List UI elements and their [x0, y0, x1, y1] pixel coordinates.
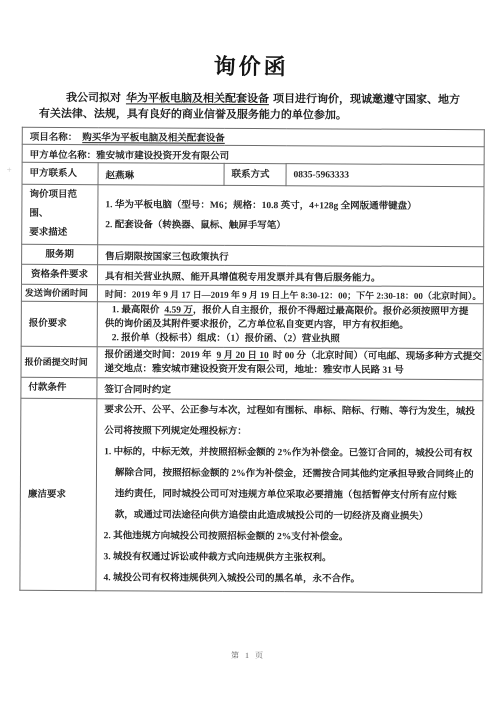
service-period-value: 售后期限按国家三包政策执行 [98, 245, 484, 267]
project-name-label: 项目名称： [30, 133, 78, 143]
table-row-quote-req: 报价要求 1. 最高限价4.59 万，报价人自主报价，报价不得超过最高限价。报价… [21, 301, 483, 348]
table-row-service-period: 服务期 售后期限按国家三包政策执行 [22, 244, 484, 266]
submit-time-label: 报价函提交时间 [21, 346, 97, 377]
integrity-label: 廉洁要求 [20, 398, 97, 590]
table-row-integrity: 廉洁要求 要求公开、公平、公正参与本次，过程如有围标、串标、陪标、行贿、等行为发… [20, 398, 483, 592]
submit-time-content: 报价函递交时间：2019 年9 月 20 日 10时 00 分（北京时间）（可电… [97, 347, 483, 380]
scope-content: 1. 华为平板电脑（型号：M6；规格：10.8 英寸，4+128g 全网版通带键… [98, 185, 484, 247]
party-a-unit-label: 甲方单位名称： [30, 150, 97, 160]
integrity-intro: 要求公开、公平、公正参与本次，过程如有围标、串标、陪标、行贿、等行为发生，城投公… [104, 400, 475, 444]
scope-label: 询价项目范围、要求描述 [22, 184, 98, 244]
quote-req-item-2: 2. 报价单（投标书）组成：（1）报价函、（2）营业执照 [105, 331, 476, 347]
submit-date-underlined: 9 月 20 日 10 [216, 351, 268, 361]
document-page: 询价函 我公司拟对华为平板电脑及相关配套设备项目进行询价，现诚邀遵守国家、地方 … [0, 0, 500, 707]
scope-label-line2: 要求描述 [29, 228, 67, 238]
page-number: 第 1 页 [0, 649, 498, 663]
quote-req-label: 报价要求 [21, 301, 97, 346]
contact-phone-label: 联系方式 [224, 163, 286, 185]
payment-value: 签订合同时约定 [97, 378, 483, 401]
document-title: 询价函 [1, 49, 500, 83]
project-name-value: 购买华为平板电脑及相关配套设备 [82, 133, 225, 144]
project-name-underlined: 华为平板电脑及相关配套设备 [126, 92, 269, 105]
qualification-label: 资格条件要求 [21, 264, 97, 284]
intro-line-2: 有关法律、法规，具有良好的商业信誉及服务能力的单位参加。 [39, 106, 487, 124]
integrity-item-3: 3. 城投有权通过诉讼或仲裁方式向违规供方主张权利。 [104, 547, 475, 570]
quote-req-price-underlined: 4.59 万 [164, 306, 193, 316]
quote-req-item-1: 1. 最高限价4.59 万，报价人自主报价，报价不得超过最高限价。报价必须按照甲… [105, 303, 476, 333]
quote-req-item1-prefix: 1. 最高限价 [112, 305, 160, 315]
scope-item-2: 2. 配套设备（转换器、鼠标、触屏手写笔） [105, 215, 476, 237]
inquiry-table: 项目名称：购买华为平板电脑及相关配套设备 甲方单位名称：雅安城市建设投资开发有限… [19, 127, 484, 593]
submit-time-suffix: 时 00 分（北京时间）（可电邮、现场多种方式提交）。 [273, 351, 483, 362]
table-row-party-a-unit: 甲方单位名称：雅安城市建设投资开发有限公司 [22, 144, 484, 164]
party-a-unit-cell: 甲方单位名称：雅安城市建设投资开发有限公司 [22, 144, 484, 164]
table-row-qualification: 资格条件要求 具有相关营业执照、能开具增值税专用发票并具有售后服务能力。 [21, 264, 483, 286]
integrity-item-2: 2. 其他违规方向城投公司按照招标金额的 2%支付补偿金。 [104, 526, 475, 549]
party-a-unit-value: 雅安城市建设投资开发有限公司 [96, 151, 229, 162]
table-row-submit-time: 报价函提交时间 报价函递交时间：2019 年9 月 20 日 10时 00 分（… [21, 346, 483, 379]
intro-text-prefix: 我公司拟对 [66, 92, 121, 104]
contact-label: 甲方联系人 [22, 162, 98, 184]
integrity-item-1: 1. 中标的，中标无效，并按照招标金额的 2%作为补偿金。已签订合同的，城投公司… [104, 442, 475, 528]
service-period-label: 服务期 [22, 244, 98, 264]
payment-label: 付款条件 [21, 377, 97, 398]
integrity-item-4: 4. 城投公司有权将违规供列入城投公司的黑名单，永不合作。 [103, 568, 474, 591]
intro-text-suffix: 项目进行询价，现诚邀遵守国家、地方 [273, 93, 460, 106]
contact-phone: 0835-5963333 [286, 164, 484, 187]
contact-name: 赵燕琳 [98, 163, 224, 186]
scan-artifact-mark: + [7, 165, 12, 175]
scope-label-line1: 询价项目范围、 [29, 190, 77, 219]
submit-time-prefix: 报价函递交时间：2019 年 [105, 350, 212, 361]
table-row-scope: 询价项目范围、要求描述 1. 华为平板电脑（型号：M6；规格：10.8 英寸，4… [22, 184, 484, 246]
submit-time-line-2: 递交地点：雅安城市建设投资开发有限公司，地址：雅安市人民路 31 号 [105, 362, 476, 378]
intro-paragraph: 我公司拟对华为平板电脑及相关配套设备项目进行询价，现诚邀遵守国家、地方 有关法律… [39, 90, 487, 124]
send-time-value: 时间：2019 年 9 月 17 日—2019 年 9 月 19 日上午 8:3… [97, 285, 483, 304]
quote-req-content: 1. 最高限价4.59 万，报价人自主报价，报价不得超过最高限价。报价必须按照甲… [97, 302, 483, 349]
integrity-content: 要求公开、公平、公正参与本次，过程如有围标、串标、陪标、行贿、等行为发生，城投公… [96, 399, 483, 593]
table-row-payment: 付款条件 签订合同时约定 [21, 377, 483, 400]
scope-item-1: 1. 华为平板电脑（型号：M6；规格：10.8 英寸，4+128g 全网版通带键… [105, 195, 476, 217]
send-time-label: 发送询价函时间 [21, 284, 97, 301]
qualification-value: 具有相关营业执照、能开具增值税专用发票并具有售后服务能力。 [97, 265, 483, 287]
table-row-contact: 甲方联系人 赵燕琳 联系方式 0835-5963333 [22, 162, 484, 186]
